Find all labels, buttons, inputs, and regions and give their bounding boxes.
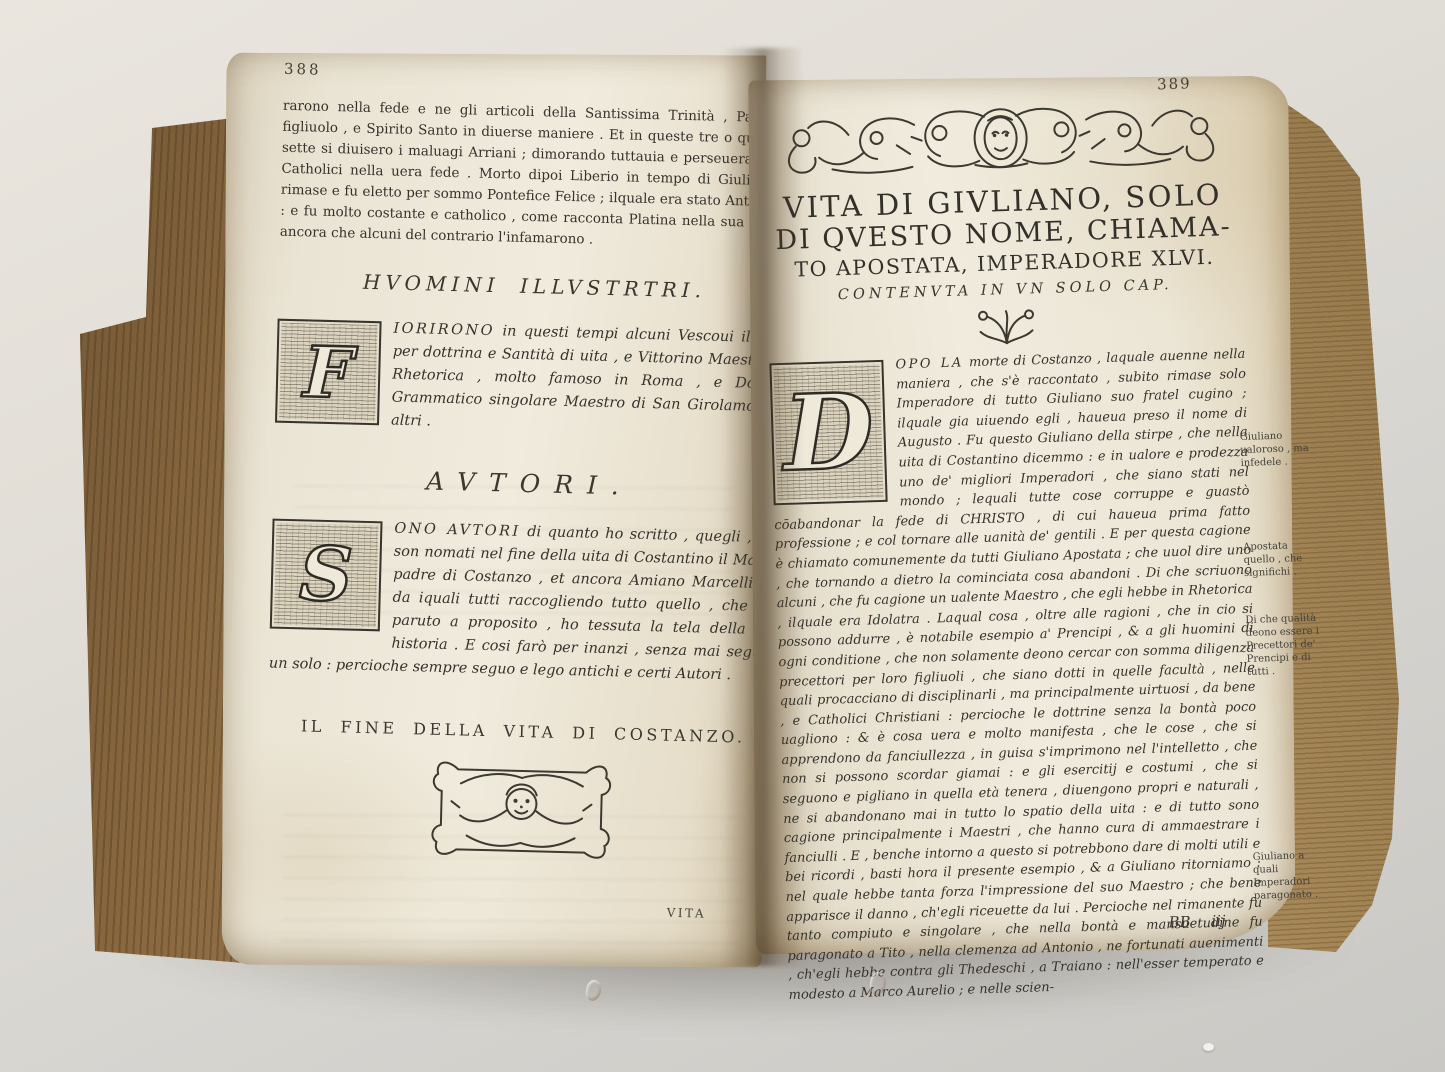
- headpiece-ornament-icon: [776, 99, 1240, 183]
- paper-speck: [1203, 1043, 1214, 1051]
- chapter-lead: OPO LA: [895, 355, 964, 372]
- left-opening-paragraph: rarono nella fede e ne gli articoli dell…: [280, 96, 790, 256]
- section-heading-huomini-illustri: HVOMINI ILLVSTRTRI.: [278, 268, 790, 305]
- section-huomini-illustri: F IORIRONO in questi tempi alcuni Vescou…: [275, 315, 790, 443]
- tailpiece-ornament-icon: [264, 749, 779, 870]
- initial-F-woodcut-icon: F: [275, 319, 382, 426]
- section-lead: ONO AVTORI: [394, 521, 521, 540]
- margin-note: Apostata quello , che significhi .: [1243, 539, 1320, 580]
- chapter-title: VITA DI GIVLIANO, SOLO DI QVESTO NOME, C…: [764, 177, 1243, 284]
- margin-note: Giuliano a quali Imperadori paragonato .: [1252, 849, 1330, 903]
- book-photo: 388 rarono nella fede e ne gli articoli …: [0, 0, 1445, 1072]
- section-autori: S ONO AVTORI di quanto ho scritto , queg…: [269, 515, 785, 689]
- section-lead: IORIRONO: [393, 321, 495, 340]
- initial-D-woodcut-icon: D: [769, 360, 887, 505]
- signature-mark: BB iij: [1168, 912, 1226, 932]
- chapter-body: D OPO LA morte di Costanzo , laquale aue…: [769, 345, 1265, 1006]
- margin-note: Giuliano ualoroso , ma infedele .: [1240, 429, 1317, 470]
- initial-S-woodcut-icon: S: [270, 519, 383, 632]
- section-heading-autori: AVTORI.: [273, 463, 786, 505]
- finis-line: IL FINE DELLA VITA DI COSTANZO.: [267, 716, 779, 748]
- right-page: 389: [748, 76, 1296, 955]
- catchword: VITA: [667, 906, 707, 921]
- section-text: in questi tempi alcuni Vescoui illustri …: [391, 323, 790, 429]
- left-page: 388 rarono nella fede e ne gli articoli …: [222, 53, 767, 968]
- margin-note: Di che qualità deono essere i Precettori…: [1245, 612, 1323, 679]
